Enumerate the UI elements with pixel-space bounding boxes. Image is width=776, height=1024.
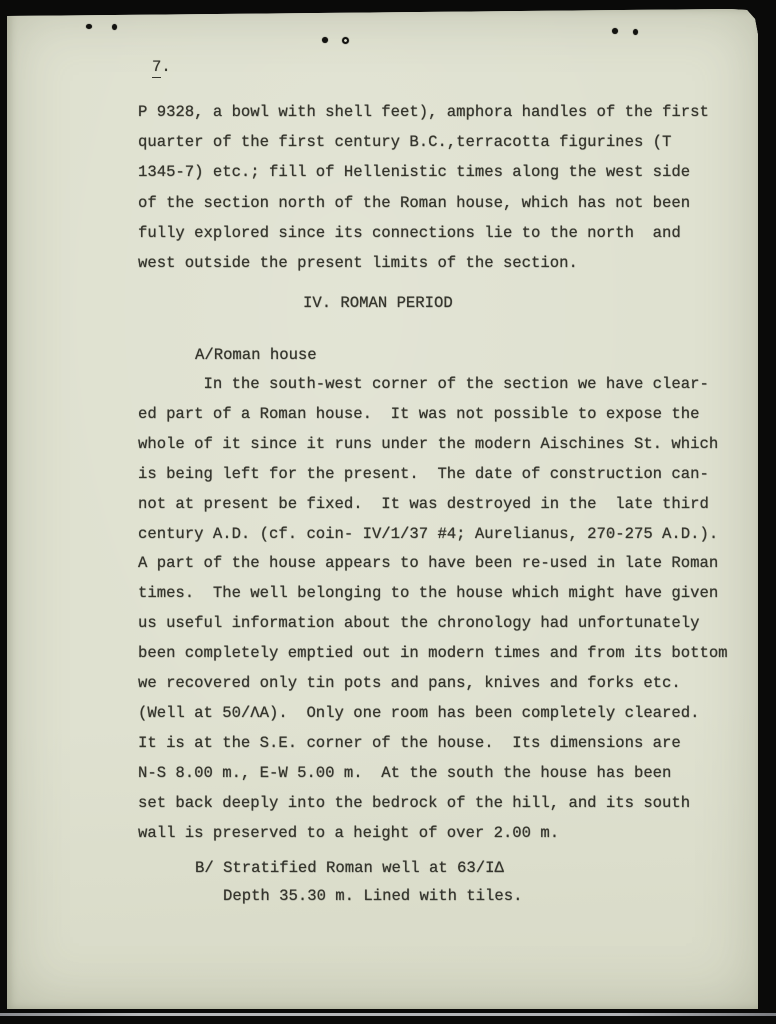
- page-number-digit: 7: [152, 58, 161, 78]
- staple-mark-right-b: [633, 29, 638, 35]
- scanner-edge-artifact: [0, 1013, 776, 1016]
- page-number-period: .: [161, 58, 170, 76]
- subsection-b-detail: Depth 35.30 m. Lined with tiles.: [223, 882, 522, 912]
- page-number: 7.: [152, 53, 171, 83]
- staple-mark-left-b: [112, 24, 117, 30]
- staple-mark-left-a: [86, 24, 92, 29]
- section-heading: IV. ROMAN PERIOD: [303, 289, 453, 319]
- subsection-b-heading: B/ Stratified Roman well at 63/IΔ: [195, 854, 504, 884]
- scanned-page: 7. P 9328, a bowl with shell feet), amph…: [7, 9, 758, 1009]
- roman-house-paragraph: In the south-west corner of the section …: [138, 370, 728, 849]
- staple-mark-right-a: [612, 28, 618, 34]
- staple-mark-center-a: [322, 37, 328, 43]
- scan-backdrop: 7. P 9328, a bowl with shell feet), amph…: [0, 0, 776, 1024]
- intro-paragraph: P 9328, a bowl with shell feet), amphora…: [138, 97, 709, 278]
- staple-mark-center-b: [342, 37, 349, 44]
- subsection-a-label: A/Roman house: [195, 341, 317, 371]
